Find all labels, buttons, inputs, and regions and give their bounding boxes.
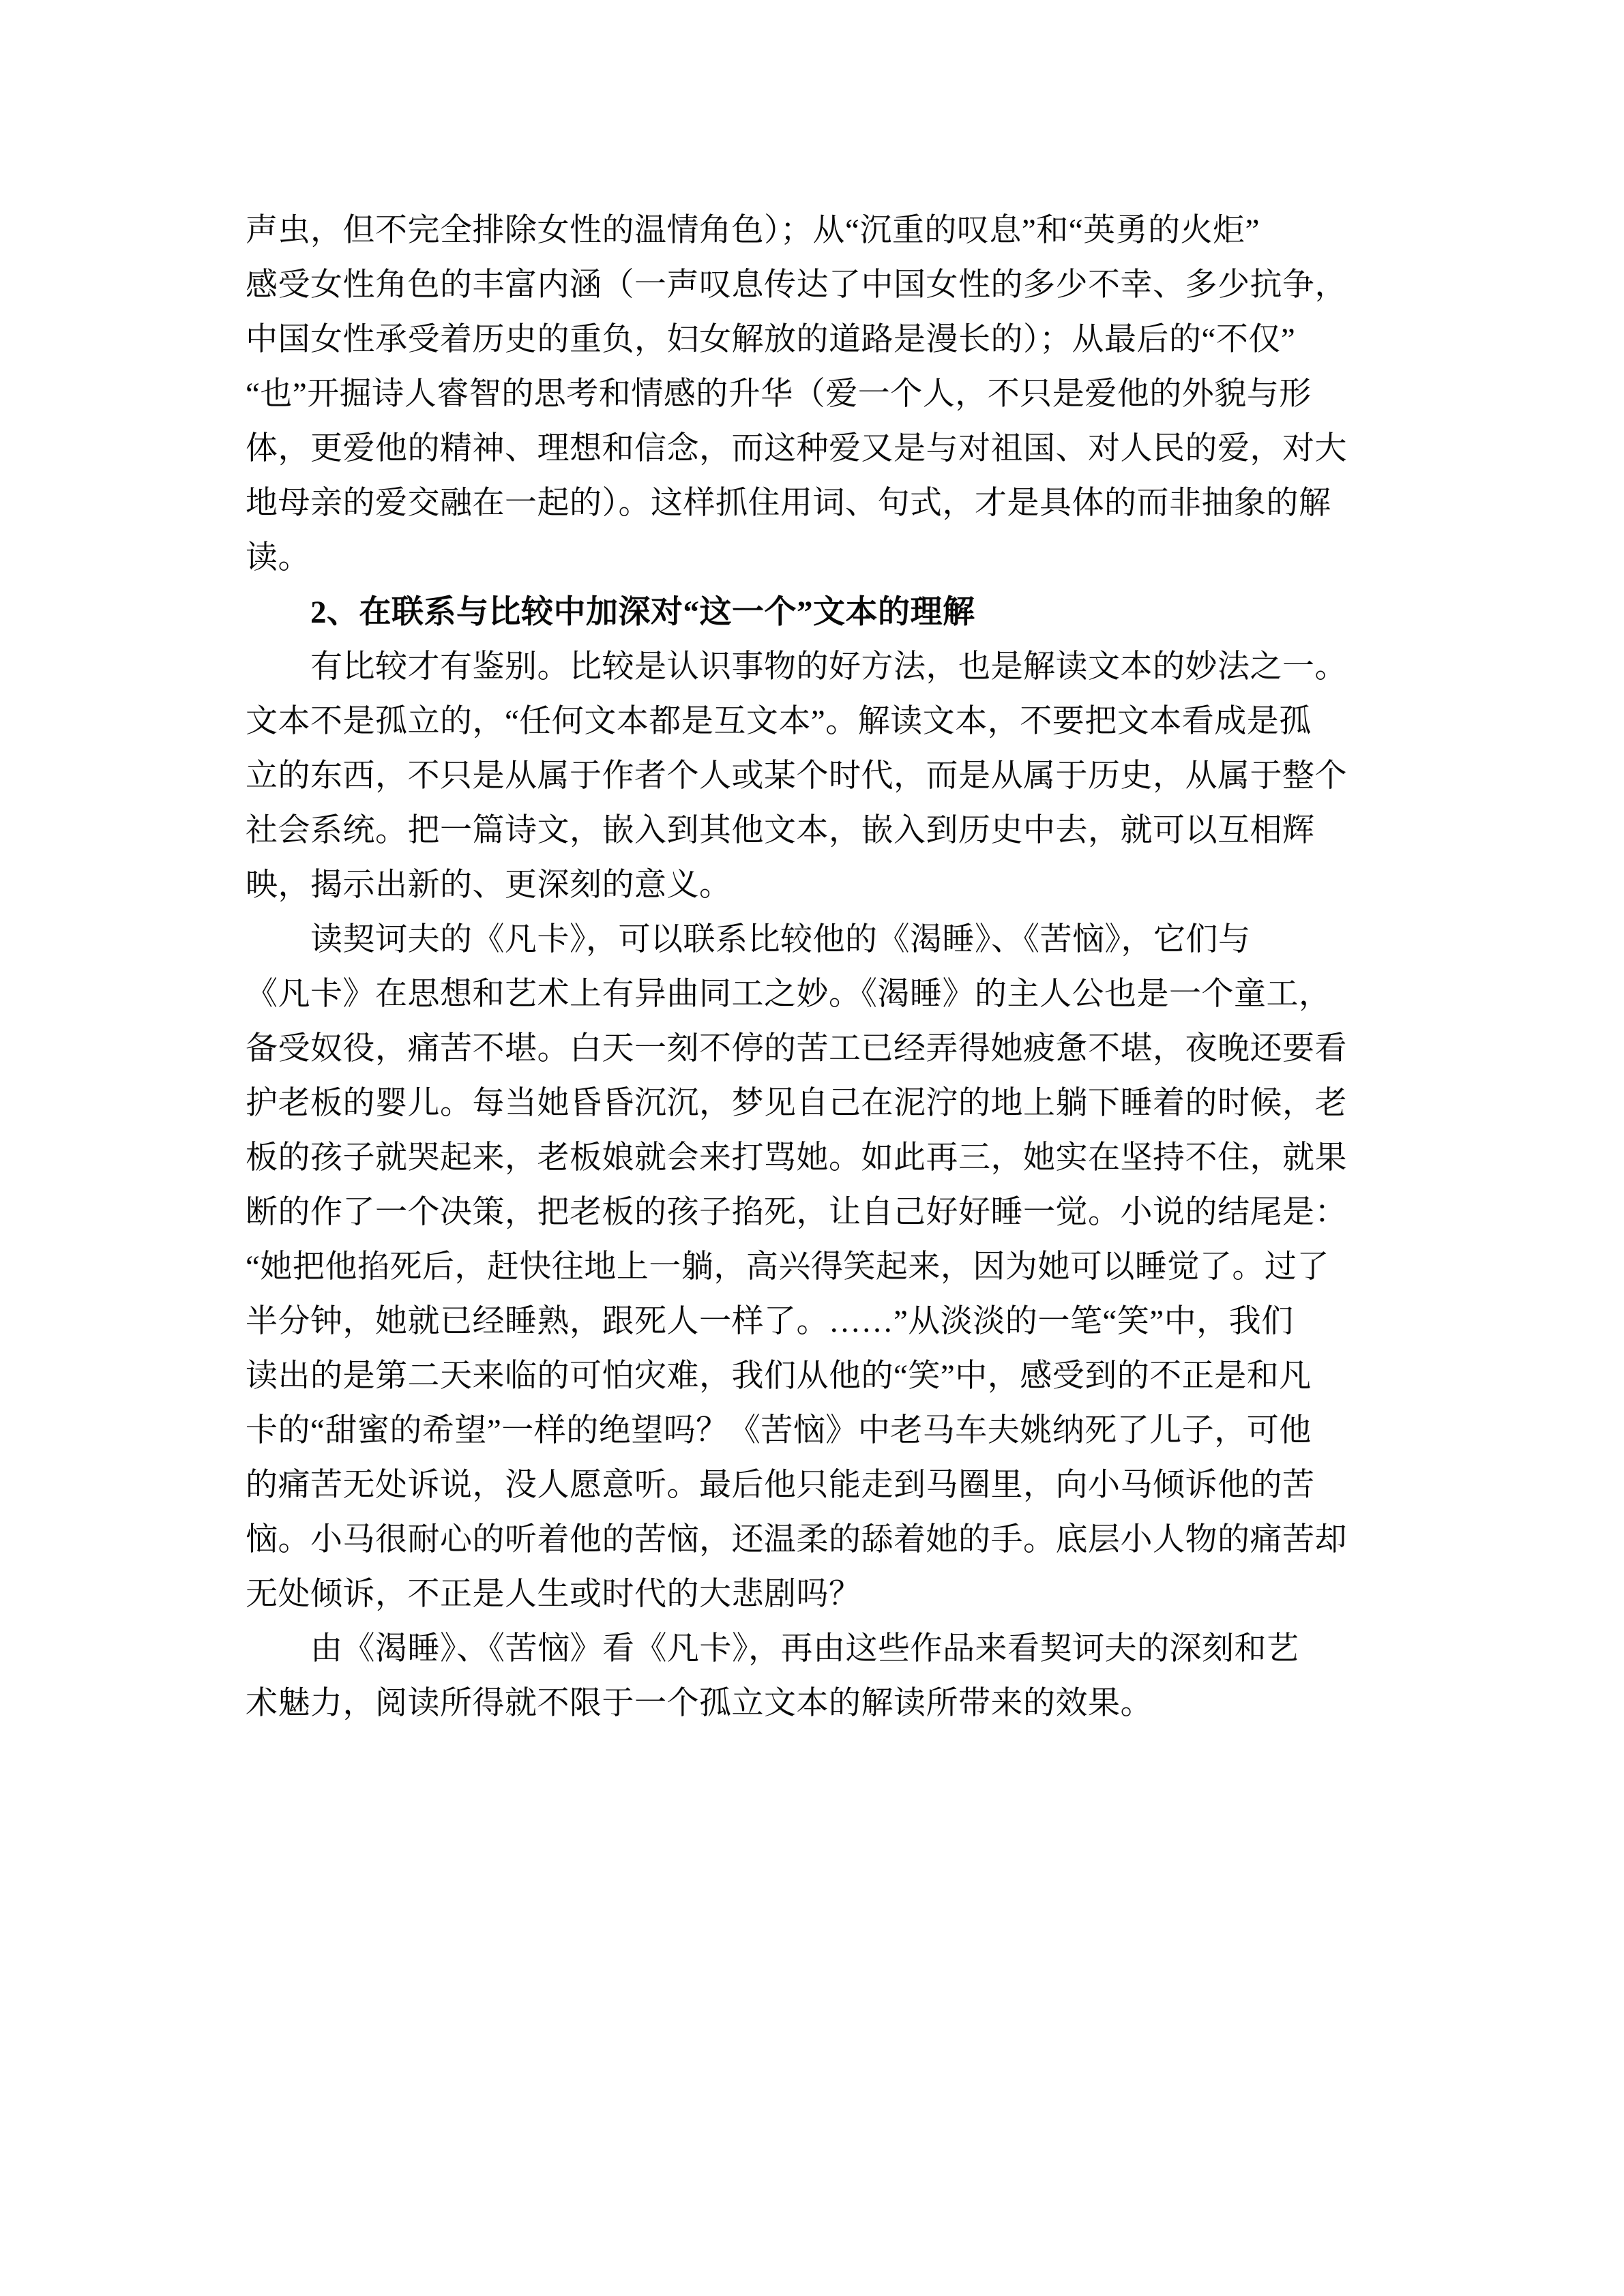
text-line: 社会系统。把一篇诗文，嵌入到其他文本，嵌入到历史中去，就可以互相辉	[246, 803, 1405, 858]
text-line: 有比较才有鉴别。比较是认识事物的好方法，也是解读文本的妙法之一。	[246, 640, 1405, 694]
text-line: 备受奴役，痛苦不堪。白天一刻不停的苦工已经弄得她疲惫不堪，夜晚还要看	[246, 1022, 1405, 1076]
text-line: “她把他掐死后，赶快往地上一躺，高兴得笑起来，因为她可以睡觉了。过了	[246, 1240, 1405, 1294]
text-line: 中国女性承受着历史的重负，妇女解放的道路是漫长的）；从最后的“不仅”	[246, 312, 1405, 367]
text-line: 半分钟，她就已经睡熟，跟死人一样了。……”从淡淡的一笔“笑”中，我们	[246, 1294, 1405, 1349]
text-line: 卡的“甜蜜的希望”一样的绝望吗？《苦恼》中老马车夫姚纳死了儿子，可他	[246, 1403, 1405, 1458]
text-line: 读。	[246, 531, 1405, 585]
document-page: 声虫，但不完全排除女性的温情角色）；从“沉重的叹息”和“英勇的火炬”感受女性角色…	[0, 0, 1624, 2296]
text-line: 断的作了一个决策，把老板的孩子掐死，让自己好好睡一觉。小说的结尾是：	[246, 1185, 1405, 1240]
text-line: 护老板的婴儿。每当她昏昏沉沉，梦见自己在泥泞的地上躺下睡着的时候，老	[246, 1076, 1405, 1131]
text-line: 地母亲的爱交融在一起的）。这样抓住用词、句式，才是具体的而非抽象的解	[246, 476, 1405, 531]
text-line: 读契诃夫的《凡卡》，可以联系比较他的《渴睡》、《苦恼》，它们与	[246, 912, 1405, 967]
text-block: 声虫，但不完全排除女性的温情角色）；从“沉重的叹息”和“英勇的火炬”感受女性角色…	[246, 203, 1405, 1731]
text-line: 恼。小马很耐心的听着他的苦恼，还温柔的舔着她的手。底层小人物的痛苦却	[246, 1512, 1405, 1567]
text-line: 《凡卡》在思想和艺术上有异曲同工之妙。《渴睡》的主人公也是一个童工，	[246, 967, 1405, 1022]
text-line: 感受女性角色的丰富内涵（一声叹息传达了中国女性的多少不幸、多少抗争，	[246, 258, 1405, 312]
text-line: 板的孩子就哭起来，老板娘就会来打骂她。如此再三，她实在坚持不住，就果	[246, 1131, 1405, 1185]
text-line: 映，揭示出新的、更深刻的意义。	[246, 858, 1405, 912]
text-line: 术魅力，阅读所得就不限于一个孤立文本的解读所带来的效果。	[246, 1676, 1405, 1731]
text-line: 的痛苦无处诉说，没人愿意听。最后他只能走到马圈里，向小马倾诉他的苦	[246, 1458, 1405, 1512]
text-line: 由《渴睡》、《苦恼》看《凡卡》，再由这些作品来看契诃夫的深刻和艺	[246, 1622, 1405, 1676]
text-line: 无处倾诉，不正是人生或时代的大悲剧吗？	[246, 1567, 1405, 1622]
text-line: 体，更爱他的精神、理想和信念，而这种爱又是与对祖国、对人民的爱，对大	[246, 421, 1405, 476]
text-line: 立的东西，不只是从属于作者个人或某个时代，而是从属于历史，从属于整个	[246, 749, 1405, 803]
text-line: “也”开掘诗人睿智的思考和情感的升华（爱一个人，不只是爱他的外貌与形	[246, 367, 1405, 421]
text-line: 声虫，但不完全排除女性的温情角色）；从“沉重的叹息”和“英勇的火炬”	[246, 203, 1405, 258]
text-line: 文本不是孤立的，“任何文本都是互文本”。解读文本，不要把文本看成是孤	[246, 694, 1405, 749]
text-line: 读出的是第二天来临的可怕灾难，我们从他的“笑”中，感受到的不正是和凡	[246, 1349, 1405, 1403]
section-heading: 2、在联系与比较中加深对“这一个”文本的理解	[246, 585, 1405, 640]
